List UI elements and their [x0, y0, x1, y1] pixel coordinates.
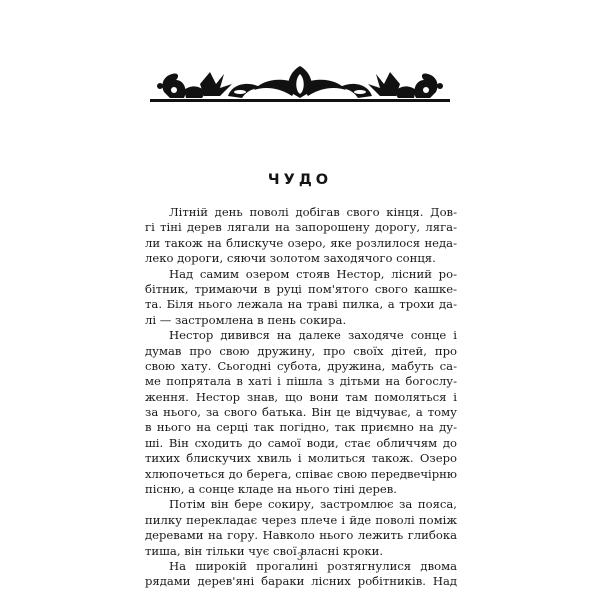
book-page: ЧУДО Літній день поволі добігав свого кі… — [0, 0, 600, 600]
text-line: Над самим озером стояв Нестор, лісний ро… — [145, 267, 457, 282]
text-line: деревами на гору. Навколо нього лежить г… — [145, 528, 457, 543]
text-line: ження. Нестор знав, що вони там помолять… — [145, 390, 457, 405]
text-line: Літній день поволі добігав свого кінця. … — [145, 205, 457, 220]
text-line: ші. Він сходить до самої води, стає обли… — [145, 436, 457, 451]
paragraph: Над самим озером стояв Нестор, лісний ро… — [145, 267, 457, 329]
text-line: лі — застромлена в пень сокира. — [145, 313, 457, 328]
text-line: хлюпочеться до берега, співає свою перед… — [145, 467, 457, 482]
text-line: леко дороги, сяючи золотом заходячого со… — [145, 251, 457, 266]
text-line: ме попрятала в хаті і пішла з дітьми на … — [145, 374, 457, 389]
text-line: свою хату. Сьогодні субота, дружина, маб… — [145, 359, 457, 374]
text-line: в нього на серці так погідно, так приємн… — [145, 420, 457, 435]
text-line: Потім він бере сокиру, застромлює за поя… — [145, 497, 457, 512]
page-number: 3 — [0, 552, 600, 563]
text-line: та. Біля нього лежала на траві пилка, а … — [145, 297, 457, 312]
text-line: думав про свою дружину, про своїх дітей,… — [145, 344, 457, 359]
paragraph: Літній день поволі добігав свого кінця. … — [145, 205, 457, 267]
text-line: бітник, тримаючи в руці пом'ятого свого … — [145, 282, 457, 297]
paragraph: На широкій прогалині розтягнулися двомар… — [145, 559, 457, 590]
body-text: Літній день поволі добігав свого кінця. … — [145, 205, 457, 590]
floral-ornament-icon — [150, 62, 450, 104]
paragraph: Нестор дивився на далеке заходяче сонце … — [145, 328, 457, 497]
text-line: тихих блискучих хвиль і молиться також. … — [145, 451, 457, 466]
paragraph: Потім він бере сокиру, застромлює за поя… — [145, 497, 457, 559]
text-line: рядами дерев'яні бараки лісних робітникі… — [145, 574, 457, 589]
text-line: пилку перекладає через плече і йде повол… — [145, 513, 457, 528]
text-line: за нього, за свого батька. Він це відчув… — [145, 405, 457, 420]
text-line: ли також на блискуче озеро, яке розлилос… — [145, 236, 457, 251]
text-line: Нестор дивився на далеке заходяче сонце … — [145, 328, 457, 343]
chapter-title: ЧУДО — [0, 172, 600, 188]
text-line: пісню, а сонце кладе на нього тіні дерев… — [145, 482, 457, 497]
text-line: гі тіні дерев лягали на запорошену дорог… — [145, 220, 457, 235]
